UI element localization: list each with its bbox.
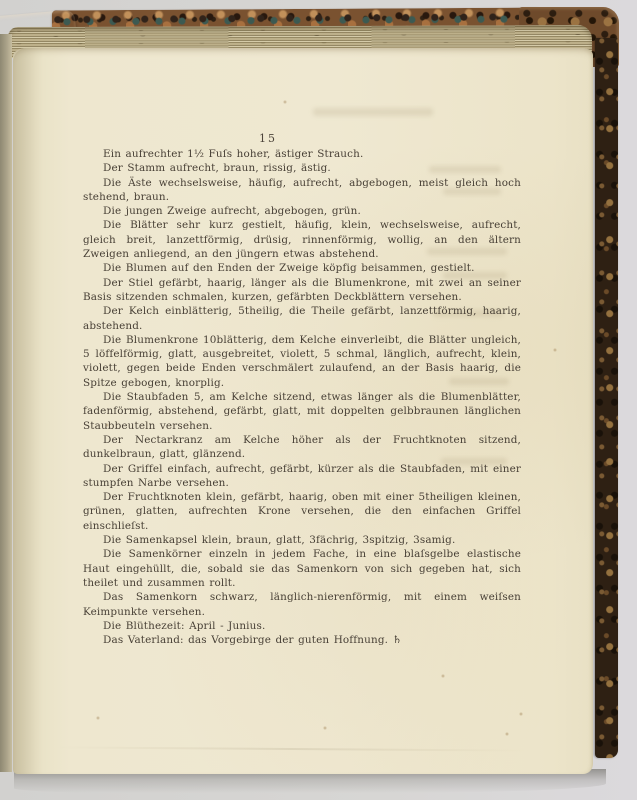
text-block: Ein aufrechter 1½ Fuſs hoher, ästiger St… <box>83 147 521 647</box>
foxing-spot <box>441 674 445 678</box>
paragraph: Die Staubfaden 5, am Kelche sitzend, etw… <box>83 390 521 433</box>
paragraph: Die Äste wechselsweise, häufig, aufrecht… <box>83 176 521 205</box>
paragraph: Die Blumenkrone 10blätterig, dem Kelche … <box>83 333 521 390</box>
paragraph: Die Blüthezeit: April - Junius. <box>83 619 521 633</box>
paragraph: Das Samenkorn schwarz, länglich-nierenfö… <box>83 590 521 619</box>
paragraph: Die jungen Zweige aufrecht, abgebogen, g… <box>83 204 521 218</box>
paragraph: Der Griffel einfach, aufrecht, gefärbt, … <box>83 462 521 491</box>
book-right-board-marble <box>595 38 618 758</box>
foxing-spot <box>283 100 287 104</box>
book-page: 15 Ein aufrechter 1½ Fuſs hoher, ästiger… <box>13 48 593 774</box>
paragraph: Das Vaterland: das Vorgebirge der guten … <box>83 633 521 647</box>
paragraph: Ein aufrechter 1½ Fuſs hoher, ästiger St… <box>83 147 521 161</box>
paragraph: Die Blumen auf den Enden der Zweige köpf… <box>83 261 521 275</box>
paragraph: Der Stamm aufrecht, braun, rissig, ästig… <box>83 161 521 175</box>
foxing-spot <box>323 726 327 730</box>
book-gutter-left-edge <box>0 34 12 772</box>
foxing-spot <box>519 712 523 716</box>
paragraph: Der Stiel gefärbt, haarig, länger als di… <box>83 276 521 305</box>
foxing-spot <box>96 716 100 720</box>
paragraph: Die Blätter sehr kurz gestielt, häufig, … <box>83 218 521 261</box>
paper-crease <box>53 746 533 751</box>
page-number: 15 <box>251 132 285 145</box>
paragraph: Die Samenkörner einzeln in jedem Fache, … <box>83 547 521 590</box>
scanner-background: 15 Ein aufrechter 1½ Fuſs hoher, ästiger… <box>0 0 637 800</box>
gutter-shading <box>13 48 43 774</box>
paragraph: Der Fruchtknoten klein, gefärbt, haarig,… <box>83 490 521 533</box>
show-through-smudge <box>313 108 433 116</box>
foxing-spot <box>505 732 509 736</box>
paragraph: Der Kelch einblätterig, 5theilig, die Th… <box>83 304 521 333</box>
foxing-spot <box>553 348 557 352</box>
paragraph: Der Nectarkranz am Kelche höher als der … <box>83 433 521 462</box>
paragraph: Die Samenkapsel klein, braun, glatt, 3fä… <box>83 533 521 547</box>
